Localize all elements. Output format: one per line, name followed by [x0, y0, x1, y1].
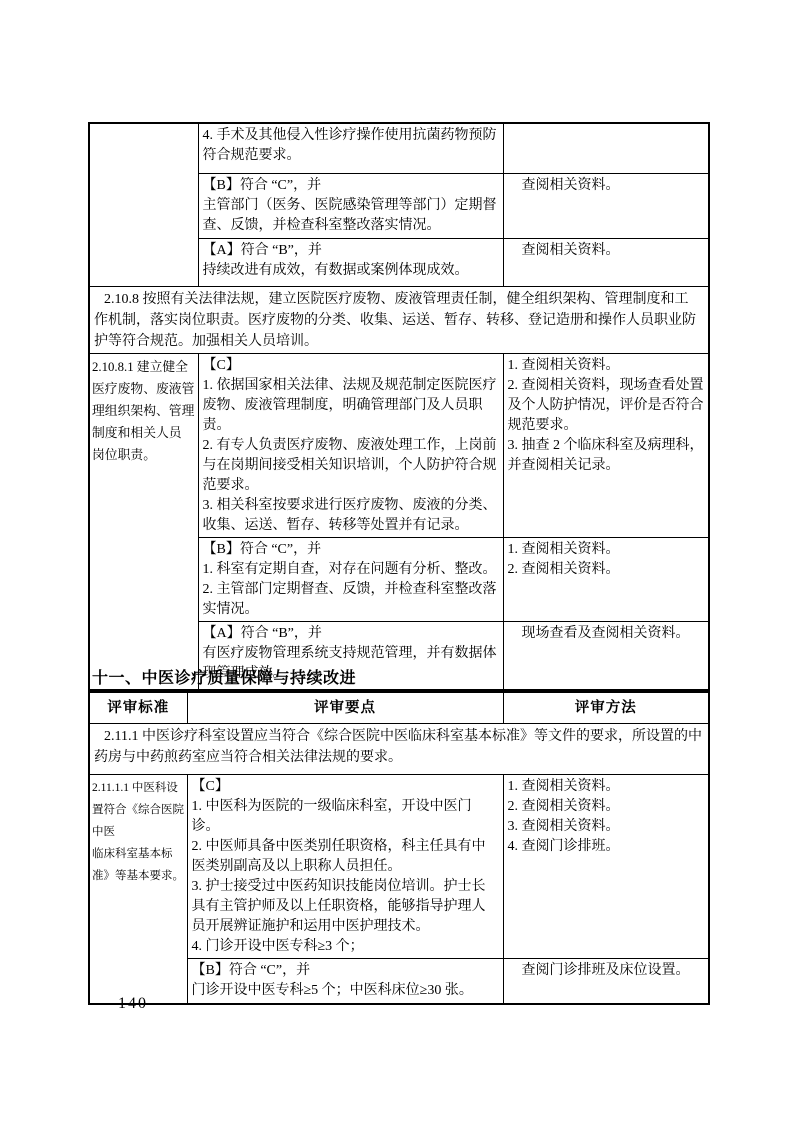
header-points: 评审要点	[187, 692, 503, 723]
table-row-standard-2-11-1: 2.11.1 中医诊疗科室设置应当符合《综合医院中医临床科室基本标准》等文件的要…	[89, 723, 709, 774]
header-standard: 评审标准	[89, 692, 187, 723]
method-cell-empty	[503, 123, 709, 173]
table-row: 4. 手术及其他侵入性诊疗操作使用抗菌药物预防符合规范要求。	[89, 123, 709, 173]
table-header-row: 评审标准 评审要点 评审方法	[89, 692, 709, 723]
table-row: 2.11.1.1 中医科设 置符合《综合医院 中医 临床科室基本标 准》等基本要…	[89, 774, 709, 958]
method-cell-2-10-8-1-a: 现场查看及查阅相关资料。	[503, 621, 709, 690]
section-title-11: 十一、中医诊疗质量保障与持续改进	[92, 665, 356, 688]
method-cell-2-11-1-1-c: 1. 查阅相关资料。 2. 查阅相关资料。 3. 查阅相关资料。 4. 查阅门诊…	[503, 774, 709, 958]
method-cell-carryover-b: 查阅相关资料。	[503, 173, 709, 238]
method-cell-2-10-8-1-c: 1. 查阅相关资料。 2. 查阅相关资料，现场查看处置及个人防护情况，评价是否符…	[503, 353, 709, 537]
evaluation-table-2-10: 4. 手术及其他侵入性诊疗操作使用抗菌药物预防符合规范要求。 【B】符合 “C”…	[88, 122, 710, 691]
standard-cell-empty	[89, 123, 198, 286]
points-cell-2-10-8-1-c: 【C】 1. 依据国家相关法律、法规及规范制定医院医疗废物、废液管理制度，明确管…	[198, 353, 503, 537]
standard-2-10-8-text: 2.10.8 按照有关法律法规，建立医院医疗废物、废液管理责任制，健全组织架构、…	[89, 286, 709, 353]
method-cell-carryover-a: 查阅相关资料。	[503, 238, 709, 286]
points-cell-2-10-8-1-b: 【B】符合 “C”，并 1. 科室有定期自查，对存在问题有分析、整改。 2. 主…	[198, 537, 503, 621]
method-cell-2-10-8-1-b: 1. 查阅相关资料。 2. 查阅相关资料。	[503, 537, 709, 621]
standard-cell-2-10-8-1: 2.10.8.1 建立健全 医疗废物、废液管 理组织架构、管理 制度和相关人员 …	[89, 353, 198, 690]
points-cell-carryover-b: 【B】符合 “C”，并 主管部门（医务、医院感染管理等部门）定期督查、反馈，并检…	[198, 173, 503, 238]
method-cell-2-11-1-1-b: 查阅门诊排班及床位设置。	[503, 958, 709, 1004]
document-page: 4. 手术及其他侵入性诊疗操作使用抗菌药物预防符合规范要求。 【B】符合 “C”…	[0, 0, 793, 1122]
standard-cell-2-11-1-1: 2.11.1.1 中医科设 置符合《综合医院 中医 临床科室基本标 准》等基本要…	[89, 774, 187, 1004]
page-number: — 140 —	[94, 995, 172, 1013]
table-row: 2.10.8.1 建立健全 医疗废物、废液管 理组织架构、管理 制度和相关人员 …	[89, 353, 709, 537]
header-method: 评审方法	[503, 692, 709, 723]
points-cell-carryover-a: 【A】符合 “B”，并 持续改进有成效，有数据或案例体现成效。	[198, 238, 503, 286]
evaluation-table-2-11: 评审标准 评审要点 评审方法 2.11.1 中医诊疗科室设置应当符合《综合医院中…	[88, 691, 710, 1005]
points-cell-2-11-1-1-b: 【B】符合 “C”，并 门诊开设中医专科≥5 个；中医科床位≥30 张。	[187, 958, 503, 1004]
points-cell-carryover-c4: 4. 手术及其他侵入性诊疗操作使用抗菌药物预防符合规范要求。	[198, 123, 503, 173]
standard-2-11-1-text: 2.11.1 中医诊疗科室设置应当符合《综合医院中医临床科室基本标准》等文件的要…	[89, 723, 709, 774]
table-row-standard-2-10-8: 2.10.8 按照有关法律法规，建立医院医疗废物、废液管理责任制，健全组织架构、…	[89, 286, 709, 353]
points-cell-2-11-1-1-c: 【C】 1. 中医科为医院的一级临床科室，开设中医门诊。 2. 中医师具备中医类…	[187, 774, 503, 958]
